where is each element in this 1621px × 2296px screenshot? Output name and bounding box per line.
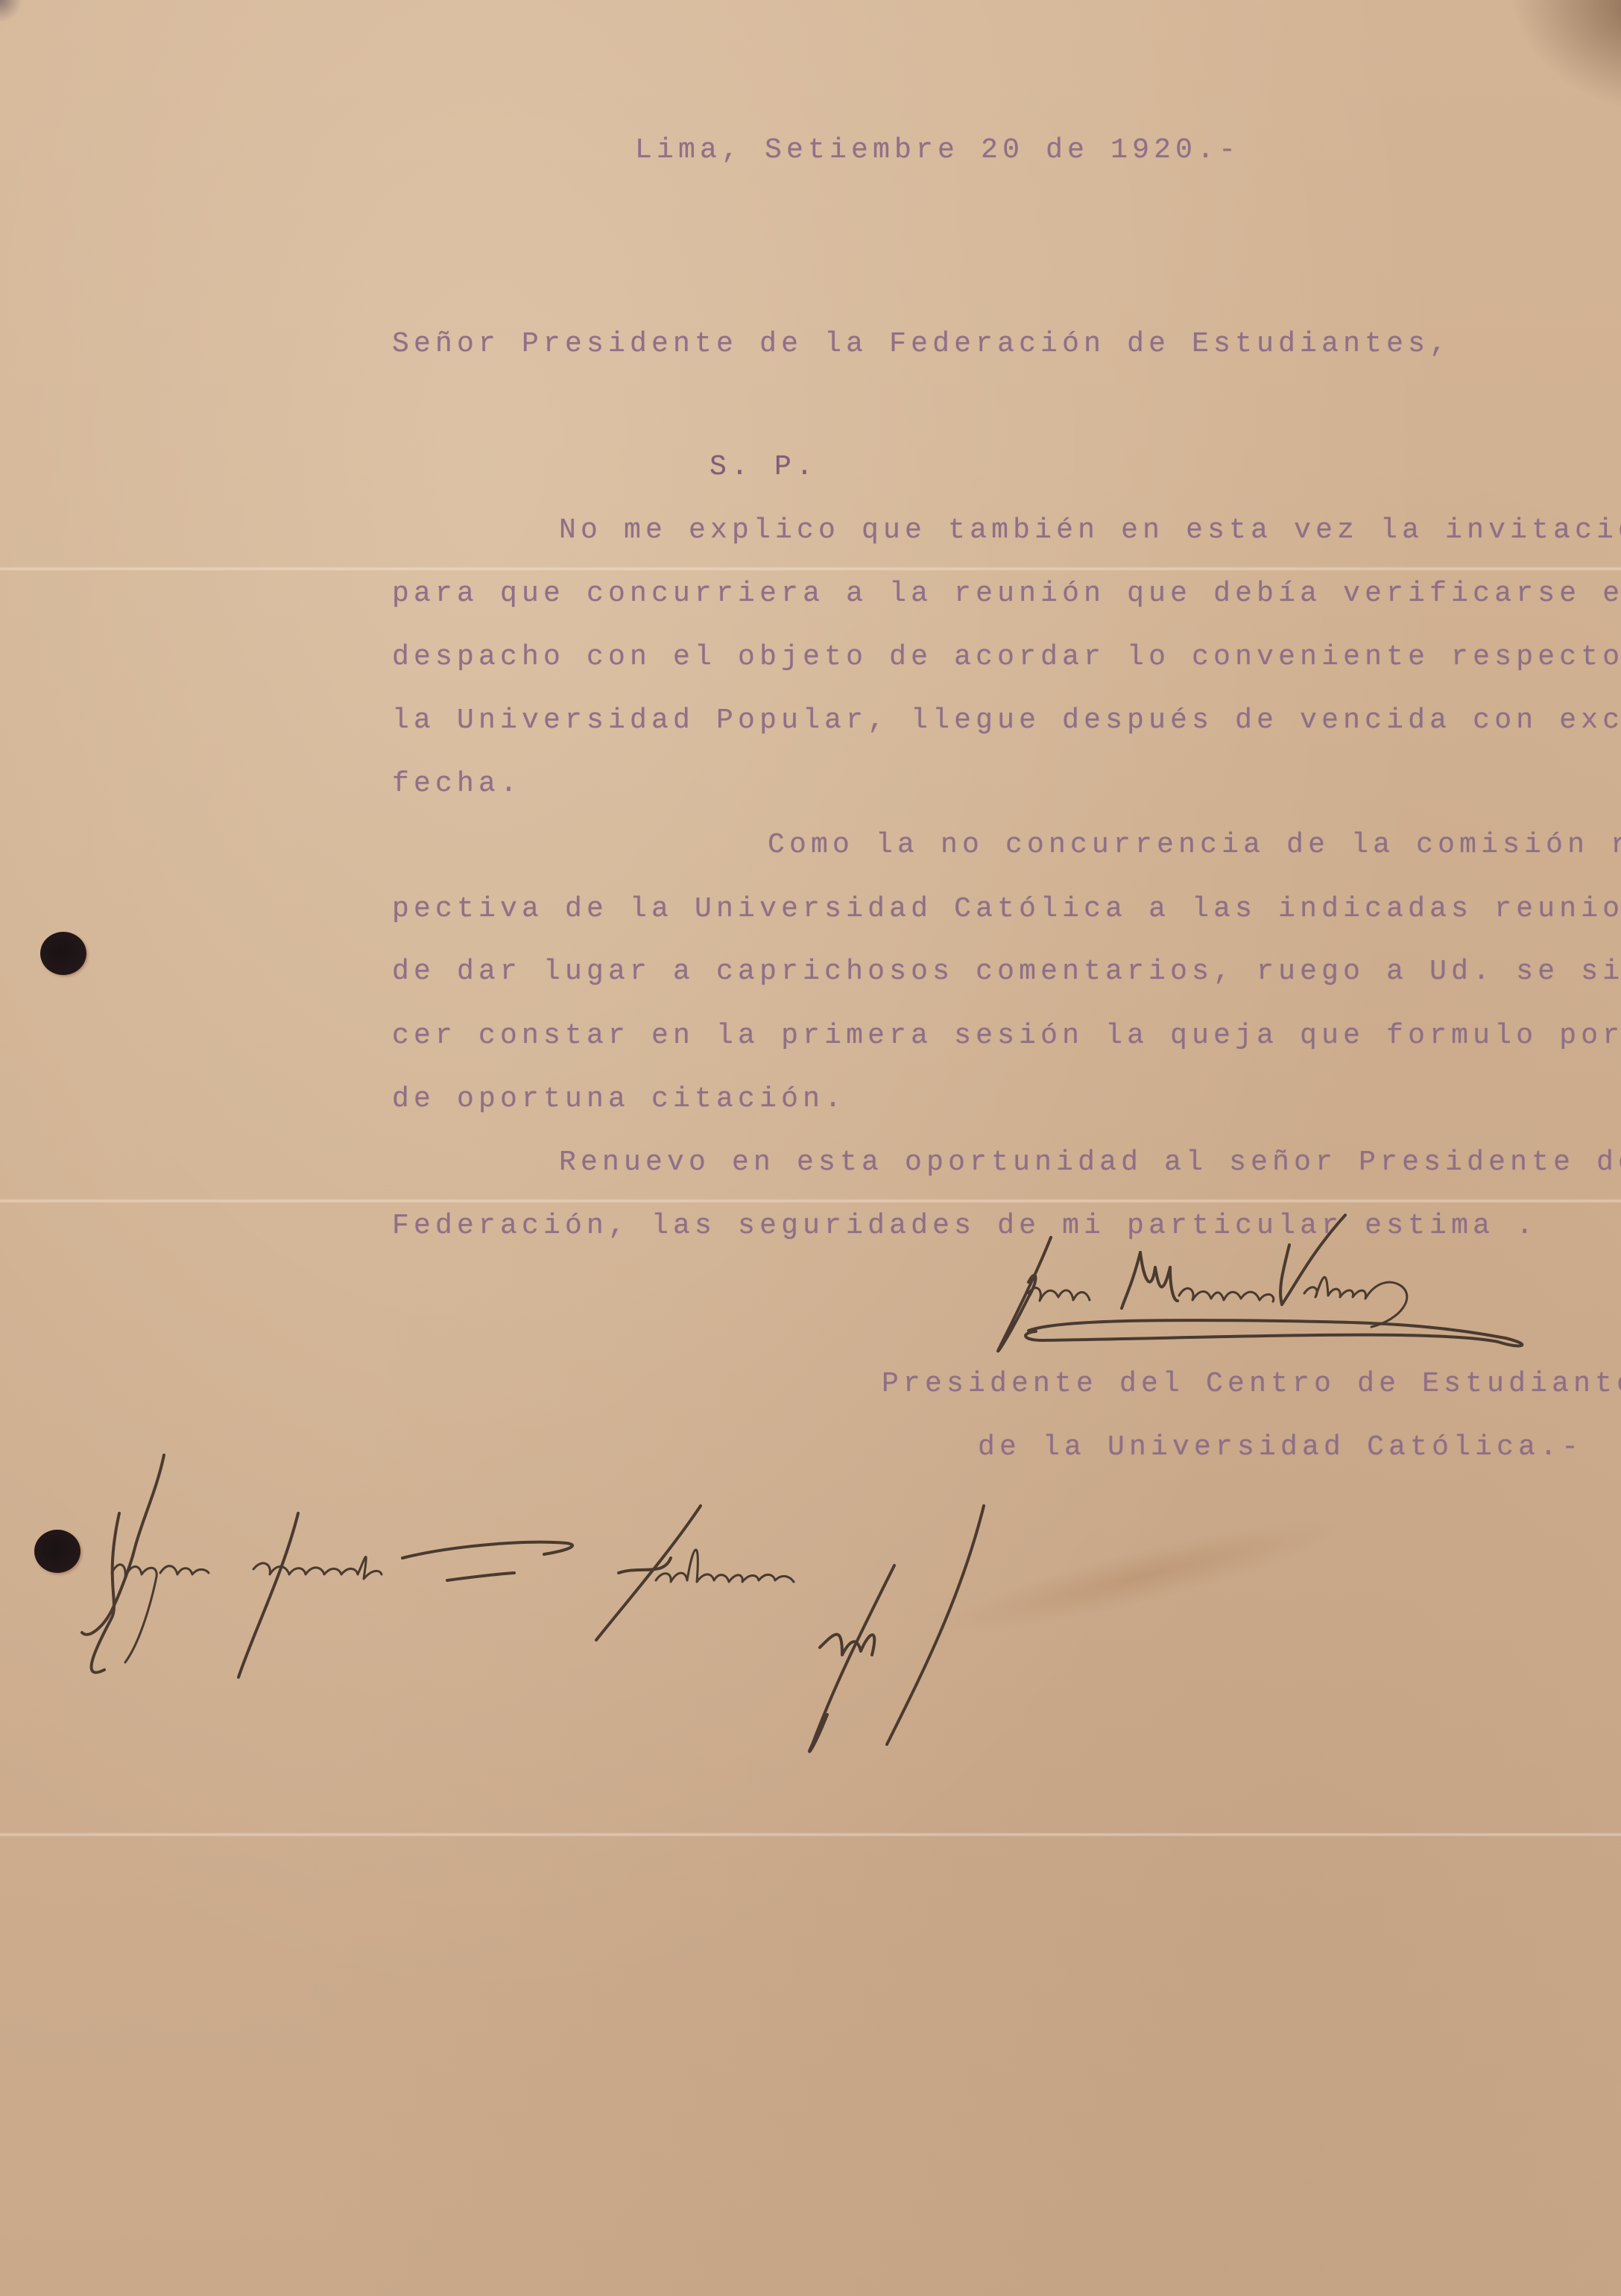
body-line: despacho con el objeto de acordar lo con… xyxy=(392,641,1621,673)
salutation: S. P. xyxy=(710,451,818,483)
worn-corner xyxy=(0,0,22,22)
body-line: para que concurriera a la reunión que de… xyxy=(392,578,1621,610)
body-line: Como la no concurrencia de la comisión r… xyxy=(768,829,1621,861)
handwritten-annotation-archivese xyxy=(30,1446,1014,1811)
body-line: de oportuna citación. xyxy=(392,1083,846,1115)
punch-hole xyxy=(34,1530,80,1573)
signature-title-line-1: Presidente del Centro de Estudiantes xyxy=(882,1368,1621,1400)
body-line: Federación, las seguridades de mi partic… xyxy=(392,1210,1538,1242)
body-line: fecha. xyxy=(392,768,522,800)
body-line: la Universidad Popular, llegue después d… xyxy=(392,704,1621,737)
paper-stain xyxy=(932,1501,1349,1652)
letter-page: Lima, Setiembre 20 de 1920.- Señor Presi… xyxy=(0,0,1621,2296)
fold-line xyxy=(0,1832,1621,1837)
fold-line xyxy=(0,567,1621,571)
body-line: pectiva de la Universidad Católica a las… xyxy=(392,893,1621,925)
body-line: cer constar en la primera sesión la quej… xyxy=(392,1020,1621,1052)
date-line: Lima, Setiembre 20 de 1920.- xyxy=(635,134,1240,166)
signature-title-line-2: de la Universidad Católica.- xyxy=(978,1431,1583,1463)
body-line: No me explico que también en esta vez la… xyxy=(559,514,1621,546)
worn-corner xyxy=(1453,0,1621,133)
body-line: Renuevo en esta oportunidad al señor Pre… xyxy=(559,1147,1621,1179)
body-line: de dar lugar a caprichosos comentarios, … xyxy=(392,956,1621,988)
punch-hole xyxy=(40,932,86,975)
addressee-line: Señor Presidente de la Federación de Est… xyxy=(392,328,1451,360)
fold-line xyxy=(0,1199,1621,1203)
